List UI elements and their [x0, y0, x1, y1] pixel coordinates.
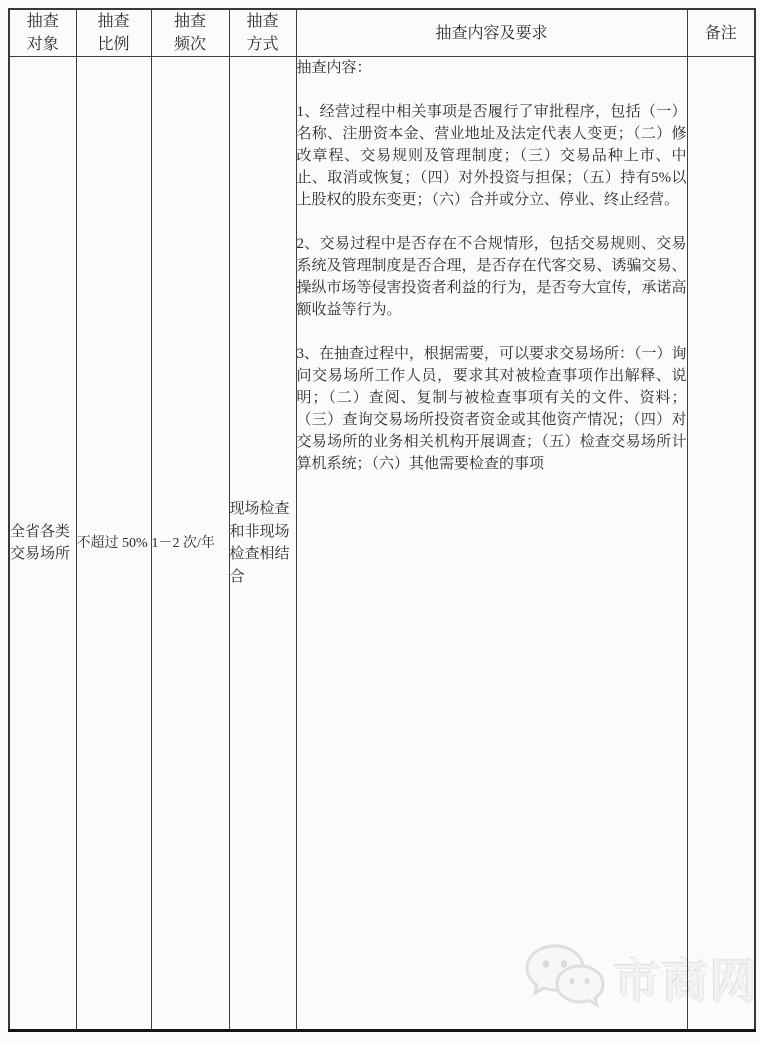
header-method: 抽查方式 [229, 9, 296, 57]
header-frequency: 抽查频次 [151, 9, 229, 57]
cell-method: 现场检查和非现场检查相结合 [229, 57, 296, 1031]
cell-remark [687, 57, 755, 1031]
cell-target: 全省各类交易场所 [9, 57, 76, 1031]
header-ratio: 抽查比例 [76, 9, 151, 57]
table-row: 全省各类交易场所 不超过 50% 1－2 次/年 现场检查和非现场检查相结合 抽… [9, 57, 755, 1031]
cell-content: 抽查内容： 1、经营过程中相关事项是否履行了审批程序，包括（一）名称、注册资本金… [296, 57, 687, 1031]
inspection-table: 抽查对象 抽查比例 抽查频次 抽查方式 抽查内容及要求 备注 全省各类交易场所 … [8, 8, 756, 1032]
cell-frequency: 1－2 次/年 [151, 57, 229, 1031]
content-paragraph-1: 1、经营过程中相关事项是否履行了审批程序，包括（一）名称、注册资本金、营业地址及… [297, 101, 687, 211]
cell-ratio: 不超过 50% [76, 57, 151, 1031]
header-content: 抽查内容及要求 [296, 9, 687, 57]
content-paragraph-3: 3、在抽查过程中，根据需要，可以要求交易场所：（一）询问交易场所工作人员，要求其… [297, 343, 687, 475]
header-target: 抽查对象 [9, 9, 76, 57]
header-remark: 备注 [687, 9, 755, 57]
content-title: 抽查内容： [297, 57, 687, 79]
header-row: 抽查对象 抽查比例 抽查频次 抽查方式 抽查内容及要求 备注 [9, 9, 755, 57]
content-paragraph-2: 2、交易过程中是否存在不合规情形，包括交易规则、交易系统及管理制度是否合理，是否… [297, 233, 687, 321]
document-page: 市商网 抽查对象 抽查比例 抽查频次 抽查方式 抽查内容及要求 备注 全省各类交… [0, 0, 760, 1043]
